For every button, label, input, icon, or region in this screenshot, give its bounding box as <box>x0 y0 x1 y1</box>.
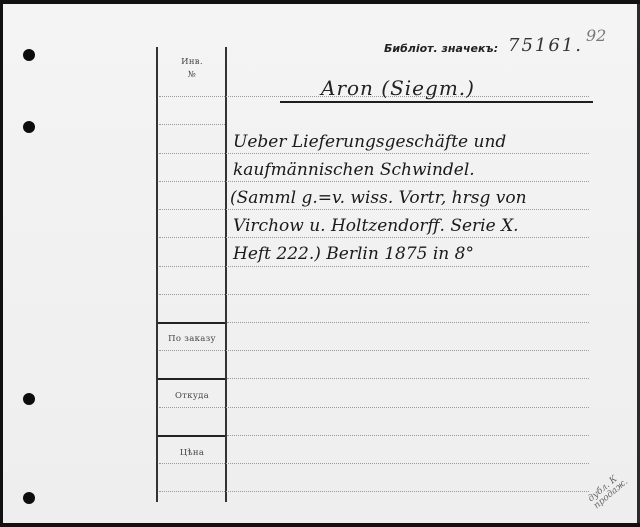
author-underline <box>280 101 593 103</box>
section-divider <box>158 435 225 437</box>
author-heading: Aron (Siegm.) <box>321 76 475 100</box>
ruled-line <box>227 435 589 436</box>
ruled-line <box>159 237 589 238</box>
punch-hole <box>23 393 35 405</box>
left-column-border <box>156 47 158 502</box>
punch-hole <box>23 49 35 61</box>
ruled-line <box>159 266 589 267</box>
title-line: kaufmännischen Schwindel. <box>233 160 475 180</box>
title-line: Virchow u. Holtzendorff. Serie X. <box>233 216 519 236</box>
punch-hole <box>23 492 35 504</box>
catalog-card: Инв. № По заказу Откуда Цѣна Библіот. зн… <box>3 4 640 523</box>
ruled-line <box>159 407 589 408</box>
ruled-line <box>227 322 589 323</box>
ruled-line <box>159 153 589 154</box>
punch-hole <box>23 121 35 133</box>
ruled-line <box>159 463 589 464</box>
title-line: (Samml g.=v. wiss. Vortr, hrsg von <box>230 188 527 208</box>
library-mark-label: Библіот. значекъ: <box>384 42 498 55</box>
source-label: Откуда <box>158 391 226 401</box>
ruled-line <box>159 181 589 182</box>
title-line: Ueber Lieferungsgeschäfte und <box>233 132 506 152</box>
inventory-label: Инв. <box>158 57 226 67</box>
inventory-number-sign: № <box>158 70 226 80</box>
ruled-line <box>159 491 589 492</box>
price-label: Цѣна <box>158 448 226 458</box>
ruled-line <box>159 124 225 125</box>
order-label: По заказу <box>158 334 226 344</box>
ruled-line <box>159 350 589 351</box>
ruled-line <box>227 378 589 379</box>
ruled-line <box>159 209 589 210</box>
title-line: Heft 222.) Berlin 1875 in 8° <box>233 244 474 264</box>
corner-annotation: дубл. К продаж. <box>587 471 630 511</box>
section-divider <box>158 378 225 380</box>
section-divider <box>158 322 225 324</box>
left-column-border <box>225 47 227 502</box>
page-number: 92 <box>586 26 606 45</box>
ruled-line <box>159 294 589 295</box>
library-mark-value: 75161. <box>508 35 583 56</box>
